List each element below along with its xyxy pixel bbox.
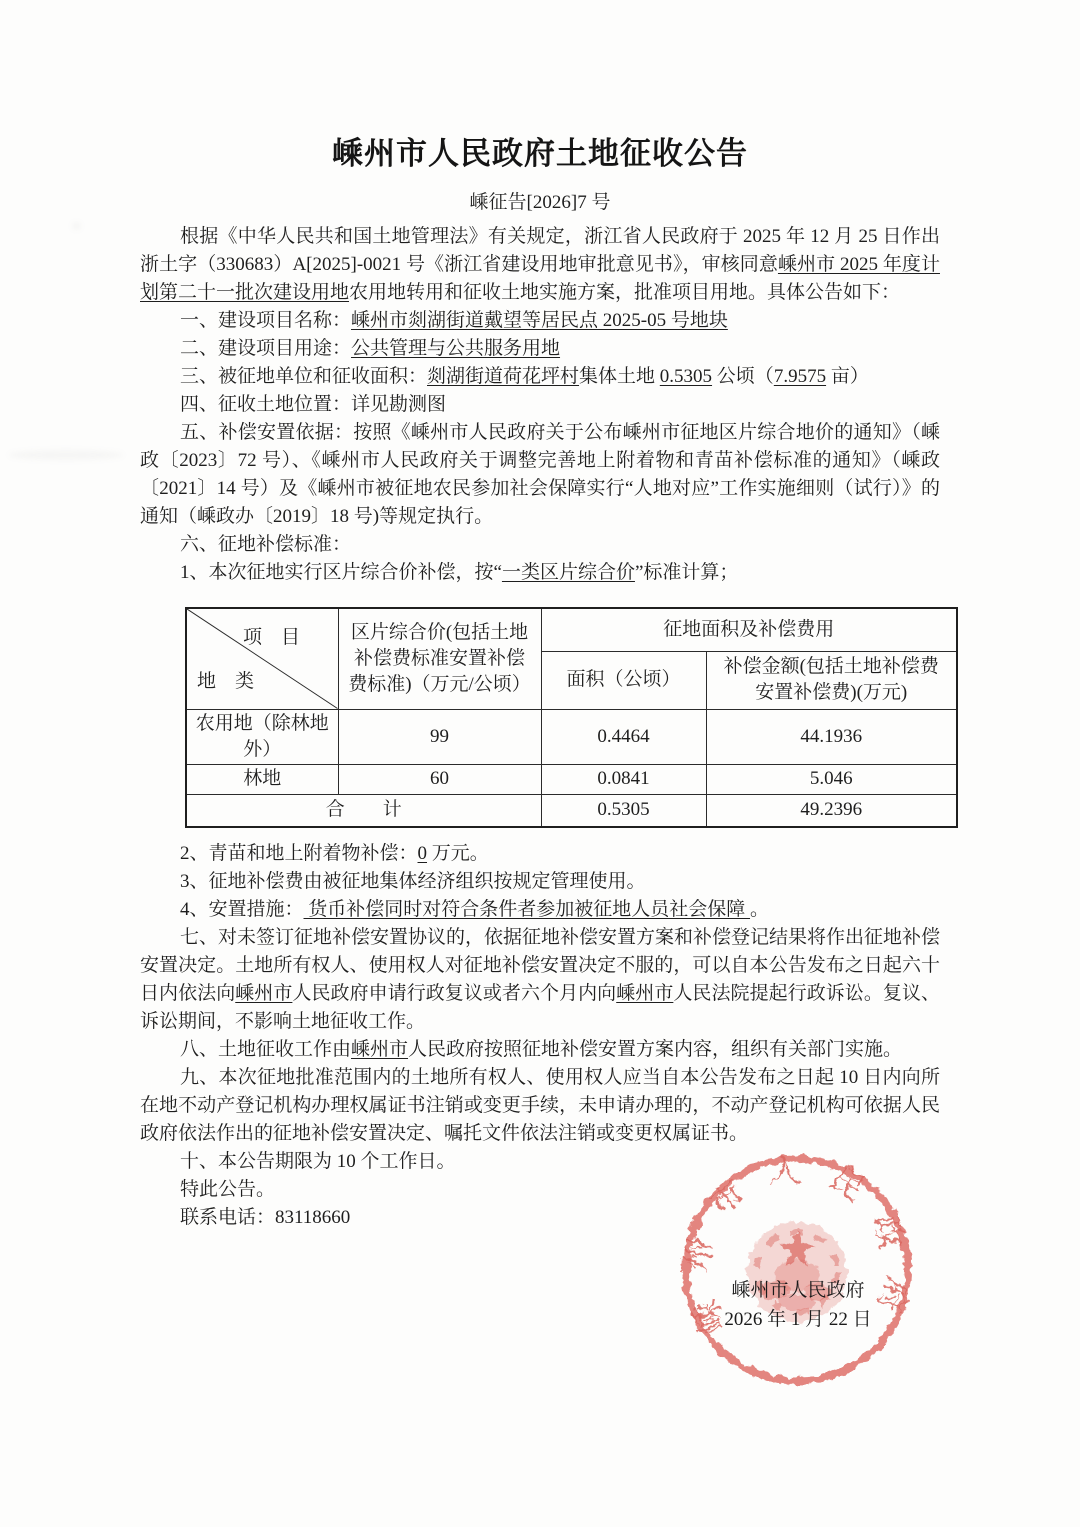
item-compensation-basis: 五、补偿安置依据：按照《嵊州市人民政府关于公布嵊州市征地区片综合地价的通知》（嵊… — [140, 419, 940, 531]
document-body: 嵊州市人民政府土地征收公告 嵊征告[2026]7 号 根据《中华人民共和国土地管… — [140, 128, 940, 1232]
header-area: 面积（公顷） — [541, 651, 706, 709]
row-price: 99 — [338, 709, 541, 764]
table-corner-cell: 项 目 地 类 — [186, 608, 338, 709]
item-nine-registration: 九、本次征地批准范围内的土地所有权人、使用权人应当自本公告发布之日起 10 日内… — [140, 1064, 940, 1148]
row-area: 0.0841 — [541, 764, 706, 794]
item-location: 四、征收土地位置：详见勘测图 — [140, 391, 940, 419]
compensation-table: 项 目 地 类 区片综合价(包括土地补偿费标准安置补偿费标准)（万元/公顷） 征… — [185, 607, 958, 828]
table-total-row: 合 计 0.5305 49.2396 — [186, 794, 957, 827]
table-row: 农用地（除林地外） 99 0.4464 44.1936 — [186, 709, 957, 764]
item-project-name: 一、建设项目名称：嵊州市剡湖街道戴望等居民点 2025-05 号地块 — [140, 307, 940, 335]
item-seven-dispute: 七、对未签订征地补偿安置协议的，依据征地补偿安置方案和补偿登记结果将作出征地补偿… — [140, 924, 940, 1036]
row-amount: 44.1936 — [706, 709, 957, 764]
total-area: 0.5305 — [541, 794, 706, 827]
item-land-use: 二、建设项目用途：公共管理与公共服务用地 — [140, 335, 940, 363]
item-standard-heading: 六、征地补偿标准： — [140, 531, 940, 559]
row-label: 农用地（除林地外） — [186, 709, 338, 764]
scan-smudge — [8, 450, 124, 460]
item-resettlement: 4、安置措施： 货币补偿同时对符合条件者参加被征地人员社会保障 。 — [140, 896, 940, 924]
header-price: 区片综合价(包括土地补偿费标准安置补偿费标准)（万元/公顷） — [338, 608, 541, 709]
row-label: 林地 — [186, 764, 338, 794]
doc-number: 嵊征告[2026]7 号 — [140, 187, 940, 214]
item-fee-management: 3、征地补偿费由被征地集体经济组织按规定管理使用。 — [140, 868, 940, 896]
signature-block: 嵊州市人民政府 2026 年 1 月 22 日 — [688, 1276, 908, 1334]
item-unit-and-area: 三、被征地单位和征收面积：剡湖街道荷花坪村集体土地 0.5305 公顷（7.95… — [140, 363, 940, 391]
page-title: 嵊州市人民政府土地征收公告 — [140, 128, 940, 173]
signature-date: 2026 年 1 月 22 日 — [688, 1305, 908, 1334]
row-area: 0.4464 — [541, 709, 706, 764]
corner-label-project: 项 目 — [243, 625, 300, 651]
intro-paragraph: 根据《中华人民共和国土地管理法》有关规定，浙江省人民政府于 2025 年 12 … — [140, 223, 940, 307]
corner-label-landtype: 地 类 — [197, 669, 254, 695]
total-label: 合 计 — [186, 794, 541, 827]
header-group: 征地面积及补偿费用 — [541, 608, 957, 651]
total-amount: 49.2396 — [706, 794, 957, 827]
item-eight-implementation: 八、土地征收工作由嵊州市人民政府按照征地补偿安置方案内容，组织有关部门实施。 — [140, 1036, 940, 1064]
signature-name: 嵊州市人民政府 — [688, 1276, 908, 1305]
official-seal: 嵊州市人民政府 — [677, 1150, 917, 1390]
item-crops-compensation: 2、青苗和地上附着物补偿：0 万元。 — [140, 840, 940, 868]
table-row: 林地 60 0.0841 5.046 — [186, 764, 957, 794]
row-amount: 5.046 — [706, 764, 957, 794]
scan-smudge — [72, 222, 81, 230]
row-price: 60 — [338, 764, 541, 794]
item-standard-sub1: 1、本次征地实行区片综合价补偿，按“一类区片综合价”标准计算； — [140, 559, 940, 587]
header-amount: 补偿金额(包括土地补偿费安置补偿费)(万元) — [706, 651, 957, 709]
